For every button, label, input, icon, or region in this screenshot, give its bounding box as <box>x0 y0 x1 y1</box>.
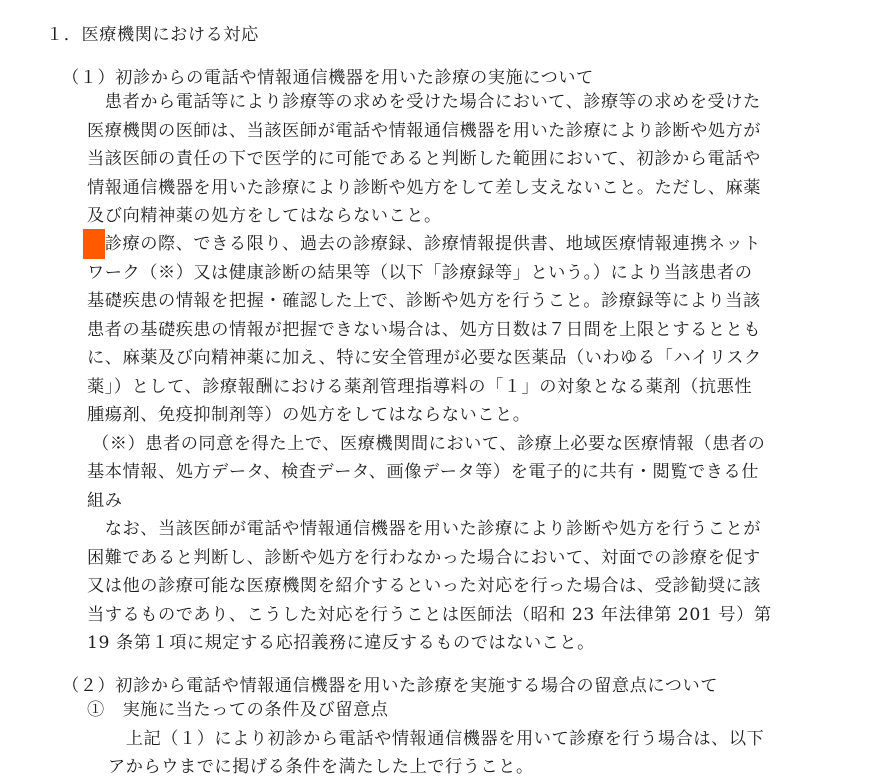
paragraph-line: ワーク（※）又は健康診断の結果等（以下「診療録等」という。）により当該患者の <box>87 262 752 284</box>
footnote-line: 基本情報、処方データ、検査データ、画像データ等）を電子的に共有・閲覧できる仕 <box>87 461 759 483</box>
paragraph-line: 患者から電話等により診療等の求めを受けた場合において、診療等の求めを受けた <box>87 91 761 113</box>
paragraph-line: 基礎疾患の情報を把握・確認した上で、診断や処方を行うこと。診療録等により当該 <box>87 290 761 312</box>
paragraph-line: 困難であると判断し、診断や処方を行わなかった場合において、対面での診療を促す <box>87 547 761 569</box>
paragraph-line: 19 条第１項に規定する応招義務に違反するものではないこと。 <box>87 632 595 654</box>
paragraph-line: 患者の基礎疾患の情報が把握できない場合は、処方日数は７日間を上限とするととも <box>87 319 761 341</box>
paragraph-line: 当該医師の責任の下で医学的に可能であると判断した範囲において、初診から電話や <box>87 148 761 170</box>
paragraph-line: 当するものであり、こうした対応を行うことは医師法（昭和 23 年法律第 201 … <box>87 604 772 626</box>
paragraph-line: 薬」）として、診療報酬における薬剤管理指導料の「１」の対象となる薬剤（抗悪性 <box>87 376 752 398</box>
paragraph-line: 上記（１）により初診から電話や情報通信機器を用いて診療を行う場合は、以下 <box>108 728 764 750</box>
section-heading: １．医療機関における対応 <box>46 24 259 46</box>
item-1-heading: ① 実施に当たっての条件及び留意点 <box>87 699 389 721</box>
paragraph-line: 腫瘍剤、免疫抑制剤等）の処方をしてはならないこと。 <box>87 404 530 426</box>
paragraph-line: 情報通信機器を用いた診療により診断や処方をして差し支えないこと。ただし、麻薬 <box>87 177 761 199</box>
subsection-2-heading: （２）初診から電話や情報通信機器を用いた診療を実施する場合の留意点について <box>62 675 718 697</box>
paragraph-line: に、麻薬及び向精神薬に加え、特に安全管理が必要な医薬品（いわゆる「ハイリスク <box>87 347 762 369</box>
paragraph-line: アからウまでに掲げる条件を満たした上で行うこと。 <box>108 756 534 778</box>
footnote-line: 組み <box>87 490 122 512</box>
footnote-line: （※）患者の同意を得た上で、医療機関間において、診療上必要な医療情報（患者の <box>92 433 765 455</box>
subsection-1-heading: （１）初診からの電話や情報通信機器を用いた診療の実施について <box>62 67 594 89</box>
paragraph-line: なお、当該医師が電話や情報通信機器を用いた診療により診断や処方を行うことが <box>87 518 761 540</box>
paragraph-line: 又は他の診療可能な医療機関を紹介するといった対応を行った場合は、受診勧奨に該 <box>87 575 761 597</box>
paragraph-line: 医療機関の医師は、当該医師が電話や情報通信機器を用いた診療により診断や処方が <box>87 120 761 142</box>
paragraph-line: 及び向精神薬の処方をしてはならないこと。 <box>87 205 442 227</box>
paragraph-line: 診療の際、できる限り、過去の診療録、診療情報提供書、地域医療情報連携ネット <box>87 233 761 255</box>
